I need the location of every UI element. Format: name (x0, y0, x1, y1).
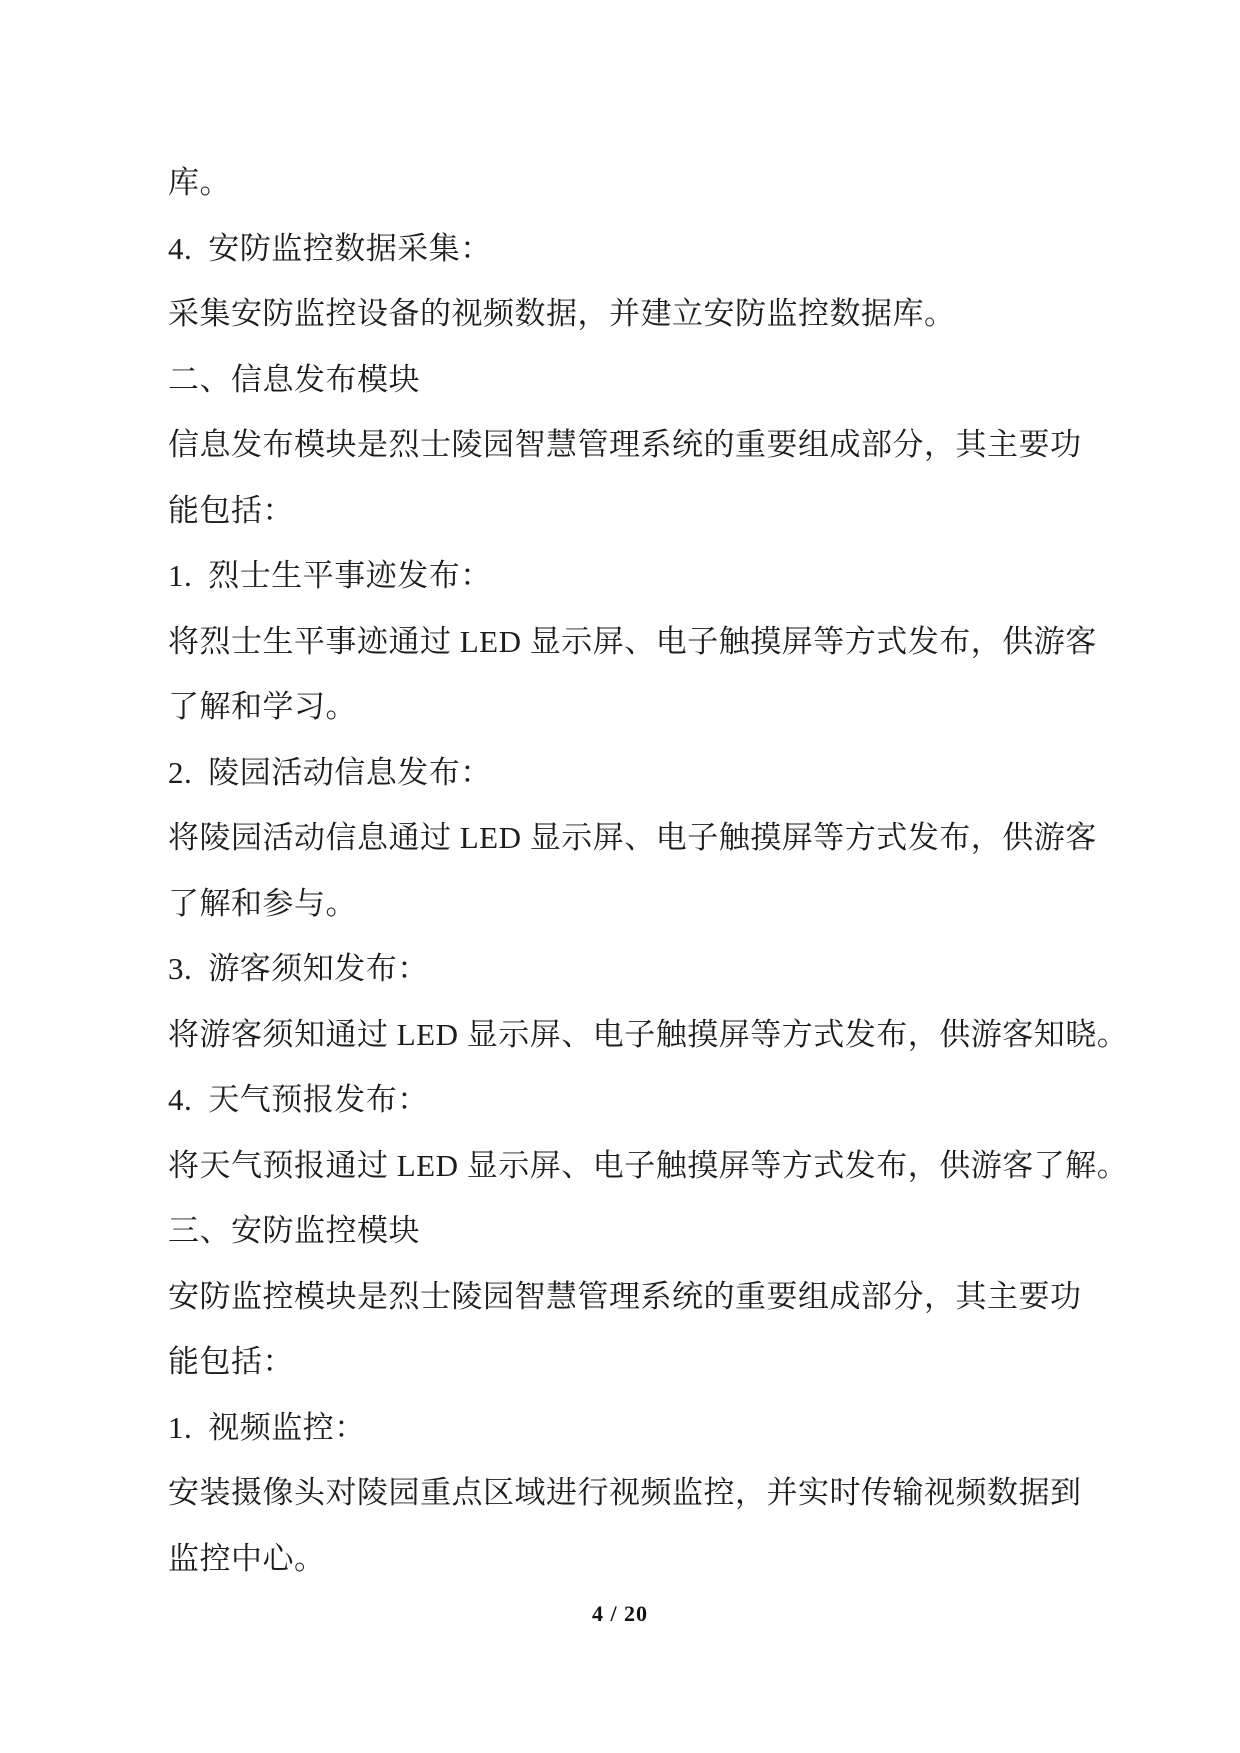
doc-line-list-item: 1. 视频监控： (168, 1395, 1108, 1461)
doc-line-paragraph: 了解和学习。 (168, 674, 1108, 740)
doc-line-paragraph: 将烈士生平事迹通过 LED 显示屏、电子触摸屏等方式发布，供游客 (168, 609, 1108, 675)
doc-line-section-heading: 二、信息发布模块 (168, 347, 1108, 413)
doc-line-paragraph: 将陵园活动信息通过 LED 显示屏、电子触摸屏等方式发布，供游客 (168, 805, 1108, 871)
doc-line-section-heading: 三、安防监控模块 (168, 1198, 1108, 1264)
doc-line-list-item: 3. 游客须知发布： (168, 936, 1108, 1002)
doc-line-list-item: 1. 烈士生平事迹发布： (168, 543, 1108, 609)
doc-line-paragraph: 信息发布模块是烈士陵园智慧管理系统的重要组成部分，其主要功 (168, 412, 1108, 478)
doc-line-list-item: 4. 天气预报发布： (168, 1067, 1108, 1133)
document-page: 库。 4. 安防监控数据采集： 采集安防监控设备的视频数据，并建立安防监控数据库… (0, 0, 1240, 1753)
doc-line-paragraph: 安防监控模块是烈士陵园智慧管理系统的重要组成部分，其主要功 (168, 1264, 1108, 1330)
doc-line-paragraph: 监控中心。 (168, 1526, 1108, 1592)
doc-line-paragraph: 能包括： (168, 478, 1108, 544)
doc-line-paragraph: 安装摄像头对陵园重点区域进行视频监控，并实时传输视频数据到 (168, 1460, 1108, 1526)
doc-line-list-item: 2. 陵园活动信息发布： (168, 740, 1108, 806)
page-number: 4 / 20 (0, 1601, 1240, 1627)
doc-line-list-item: 4. 安防监控数据采集： (168, 216, 1108, 282)
document-text-block: 库。 4. 安防监控数据采集： 采集安防监控设备的视频数据，并建立安防监控数据库… (168, 150, 1108, 1591)
doc-line-paragraph: 将游客须知通过 LED 显示屏、电子触摸屏等方式发布，供游客知晓。 (168, 1002, 1108, 1068)
doc-line-paragraph: 能包括： (168, 1329, 1108, 1395)
doc-line-paragraph: 了解和参与。 (168, 871, 1108, 937)
doc-line-paragraph: 将天气预报通过 LED 显示屏、电子触摸屏等方式发布，供游客了解。 (168, 1133, 1108, 1199)
doc-line-continuation: 库。 (168, 150, 1108, 216)
doc-line-paragraph: 采集安防监控设备的视频数据，并建立安防监控数据库。 (168, 281, 1108, 347)
